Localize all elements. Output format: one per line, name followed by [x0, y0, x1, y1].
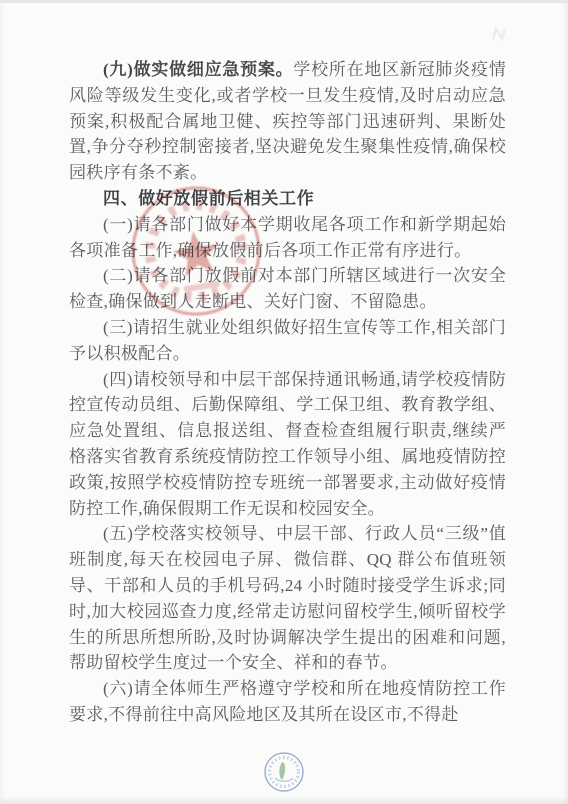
paragraph-one: (一)请各部门做好本学期收尾各项工作和新学期起始各项准备工作,确保放假前后各项工…	[69, 212, 506, 264]
scanned-document-page: (九)做实做细应急预案。学校所在地区新冠肺炎疫情风险等级发生变化,或者学校一旦发…	[0, 0, 568, 804]
scan-smudge-mark	[490, 26, 508, 42]
paragraph-five: (五)学校落实校领导、中层干部、行政人员“三级”值班制度,每天在校园电子屏、微信…	[69, 521, 506, 676]
paragraph-three: (三)请招生就业处组织做好招生宣传等工作,相关部门予以积极配合。	[69, 315, 506, 367]
emblem-swoosh	[275, 778, 293, 781]
paragraph-six: (六)请全体师生严格遵守学校和所在地疫情防控工作要求,不得前往中高风险地区及其所…	[69, 676, 506, 728]
paragraph-nine-bold-lead: (九)做实做细应急预案。	[103, 60, 293, 79]
emblem-green-figure	[279, 762, 285, 780]
paragraph-four: (四)请校领导和中层干部保持通讯畅通,请学校疫情防控宣传动员组、后勤保障组、学工…	[69, 367, 506, 522]
paragraph-nine: (九)做实做细应急预案。学校所在地区新冠肺炎疫情风险等级发生变化,或者学校一旦发…	[69, 57, 506, 186]
document-body-text: (九)做实做细应急预案。学校所在地区新冠肺炎疫情风险等级发生变化,或者学校一旦发…	[69, 57, 506, 728]
emblem-text-ring	[270, 758, 299, 787]
section-four-heading: 四、做好放假前后相关工作	[69, 186, 506, 212]
footer-school-emblem	[262, 750, 306, 794]
emblem-outer-ring	[265, 753, 303, 791]
paragraph-two: (二)请各部门放假前对本部门所辖区域进行一次安全检查,确保做到人走断电、关好门窗…	[69, 263, 506, 315]
